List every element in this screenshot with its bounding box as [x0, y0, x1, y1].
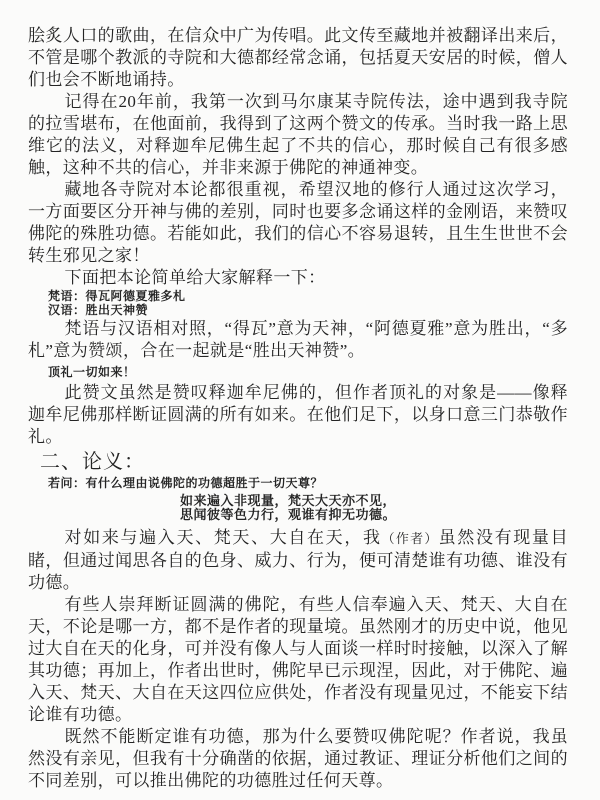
- sanskrit-title-line: 梵语：得瓦阿德夏雅多札: [48, 290, 568, 303]
- verse-block: 如来遍入非现量，梵天大天亦不见， 思闻彼等色力行，观谁有抑无功德。: [28, 494, 548, 521]
- verse-line-1: 如来遍入非现量，梵天大天亦不见，: [28, 494, 548, 508]
- paragraph-translation: 梵语与汉语相对照，“得瓦”意为天神，“阿德夏雅”意为胜出，“多札”意为赞颂，合在…: [28, 318, 568, 362]
- analysis-text-before: 对如来与遍入天、梵天、大自在天，我: [65, 528, 382, 547]
- author-parenthetical: （作者）: [382, 531, 439, 546]
- paragraph-conclusion: 既然不能断定谁有功德，那为什么要赞叹佛陀呢？作者说，我虽然没有亲见，但我有十分确…: [28, 726, 568, 792]
- paragraph-intro-line: 下面把本论简单给大家解释一下：: [28, 267, 568, 289]
- document-page: 脍炙人口的歌曲，在信众中广为传唱。此文传至藏地并被翻译出来后，不管是哪个教派的寺…: [0, 0, 600, 800]
- paragraph-worship: 有些人崇拜断证圆满的佛陀，有些人信奉遍入天、梵天、大自在天，不论是哪一方，都不是…: [28, 594, 568, 726]
- paragraph-memory: 记得在20年前，我第一次到马尔康某寺院传法，途中遇到我寺院的拉雪堪布，在他面前，…: [28, 91, 568, 179]
- paragraph-homage-explain: 此赞文虽然是赞叹释迦牟尼佛的，但作者顶礼的对象是——像释迦牟尼佛那样断证圆满的所…: [28, 382, 568, 448]
- paragraph-analysis: 对如来与遍入天、梵天、大自在天，我（作者）虽然没有现量目睹，但通过闻思各自的色身…: [28, 527, 568, 594]
- question-line: 若问：有什么理由说佛陀的功德超胜于一切天尊？: [48, 477, 568, 490]
- paragraph-continuation: 脍炙人口的歌曲，在信众中广为传唱。此文传至藏地并被翻译出来后，不管是哪个教派的寺…: [28, 25, 568, 91]
- paragraph-tibet-monasteries: 藏地各寺院对本论都很重视，希望汉地的修行人通过这次学习，一方面要区分开神与佛的差…: [28, 179, 568, 267]
- section-heading: 二、论义：: [40, 450, 568, 474]
- homage-line: 顶礼一切如来！: [48, 366, 568, 379]
- chinese-title-line: 汉语：胜出天神赞: [48, 304, 568, 317]
- verse-line-2: 思闻彼等色力行，观谁有抑无功德。: [28, 508, 548, 522]
